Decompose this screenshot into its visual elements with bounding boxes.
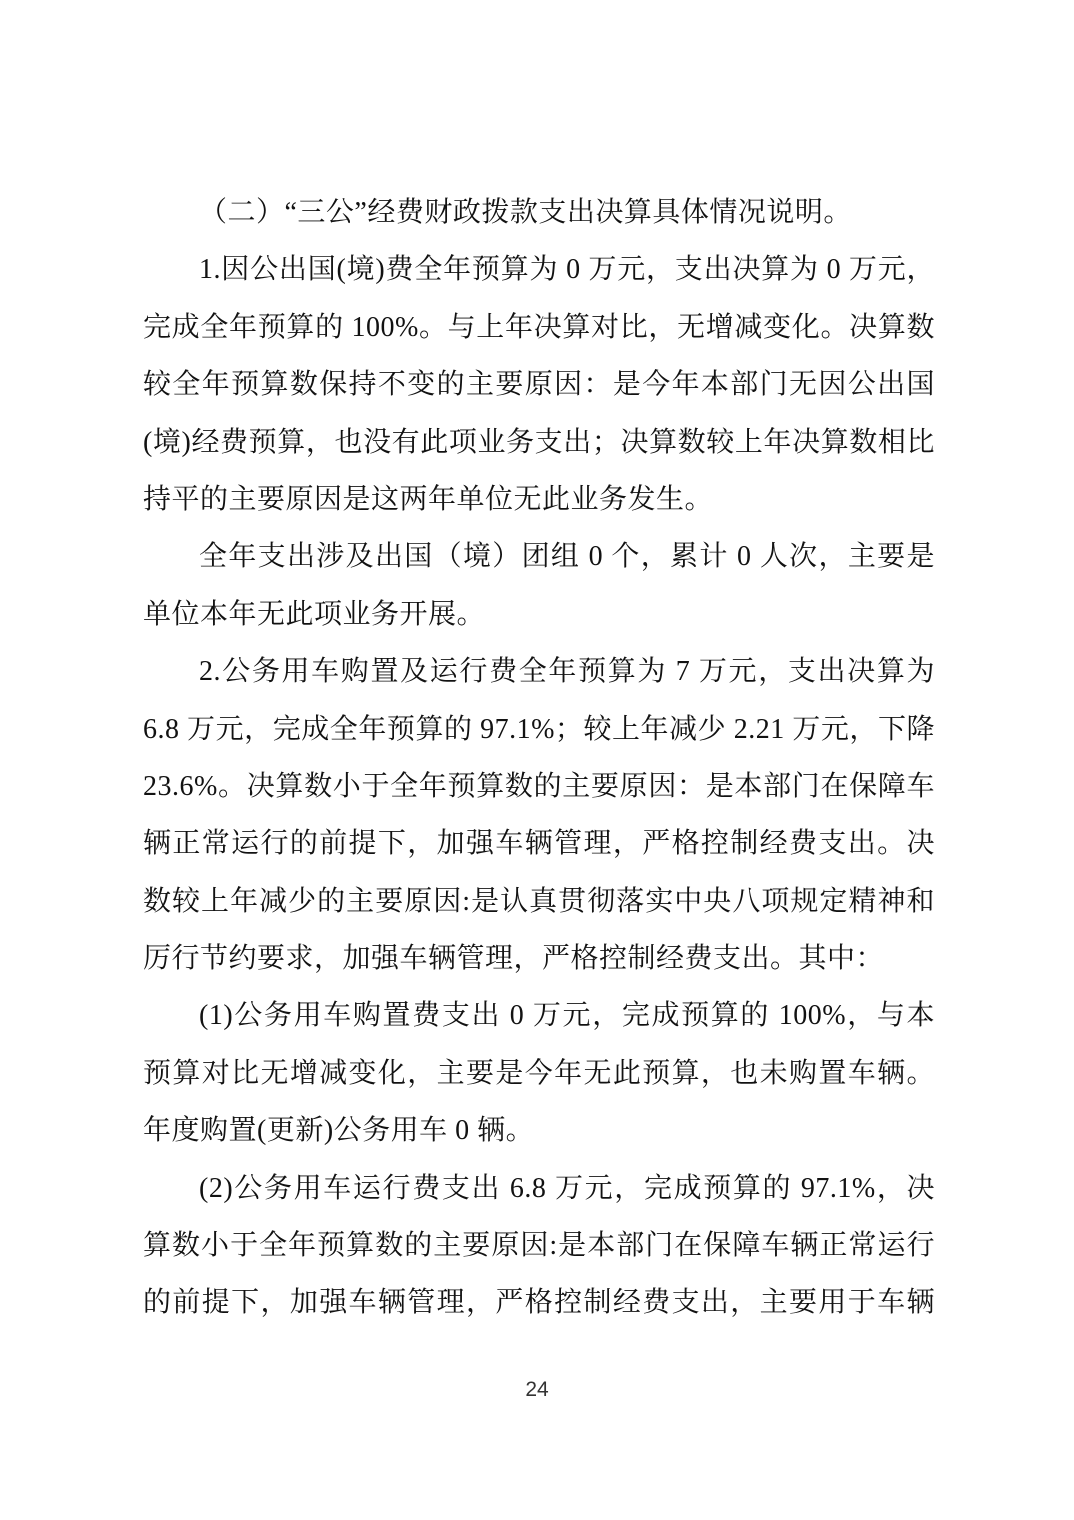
text-line: 完成全年预算的 100%。与上年决算对比，无增减变化。决算数	[143, 299, 935, 356]
page-number: 24	[0, 1378, 1074, 1402]
text-line: 算数小于全年预算数的主要原因:是本部门在保障车辆正常运行	[143, 1217, 935, 1274]
paragraph: 全年支出涉及出国（境）团组 0 个，累计 0 人次，主要是本单位本年无此项业务开…	[143, 528, 935, 643]
text-line: 数较上年减少的主要原因:是认真贯彻落实中央八项规定精神和	[143, 873, 935, 930]
paragraph: (2)公务用车运行费支出 6.8 万元，完成预算的 97.1%，决算数小于全年预…	[143, 1160, 935, 1332]
text-line: 2.公务用车购置及运行费全年预算为 7 万元，支出决算为	[143, 643, 935, 700]
paragraph: 2.公务用车购置及运行费全年预算为 7 万元，支出决算为6.8 万元，完成全年预…	[143, 643, 935, 987]
text-line: 6.8 万元，完成全年预算的 97.1%；较上年减少 2.21 万元，下降	[143, 701, 935, 758]
text-line: 全年支出涉及出国（境）团组 0 个，累计 0 人次，主要是本	[143, 528, 935, 585]
text-line: 辆正常运行的前提下，加强车辆管理，严格控制经费支出。决算	[143, 815, 935, 872]
text-line: 预算对比无增减变化，主要是今年无此预算，也未购置车辆。本	[143, 1045, 935, 1102]
text-line: 1.因公出国(境)费全年预算为 0 万元，支出决算为 0 万元，	[143, 241, 935, 298]
section-heading: （二）“三公”经费财政拨款支出决算具体情况说明。	[143, 184, 935, 241]
text-line: 较全年预算数保持不变的主要原因：是今年本部门无因公出国	[143, 356, 935, 413]
text-line: 厉行节约要求，加强车辆管理，严格控制经费支出。其中：	[143, 930, 935, 987]
text-line: (2)公务用车运行费支出 6.8 万元，完成预算的 97.1%，决	[143, 1160, 935, 1217]
paragraph: (1)公务用车购置费支出 0 万元，完成预算的 100%，与本年预算对比无增减变…	[143, 987, 935, 1159]
paragraph: 1.因公出国(境)费全年预算为 0 万元，支出决算为 0 万元，完成全年预算的 …	[143, 241, 935, 528]
text-line: 单位本年无此项业务开展。	[143, 586, 935, 643]
text-line: (境)经费预算，也没有此项业务支出；决算数较上年决算数相比	[143, 414, 935, 471]
text-line: (1)公务用车购置费支出 0 万元，完成预算的 100%，与本年	[143, 987, 935, 1044]
text-line: 年度购置(更新)公务用车 0 辆。	[143, 1102, 935, 1159]
document-body: （二）“三公”经费财政拨款支出决算具体情况说明。1.因公出国(境)费全年预算为 …	[143, 184, 935, 1332]
text-line: 23.6%。决算数小于全年预算数的主要原因：是本部门在保障车	[143, 758, 935, 815]
document-page: （二）“三公”经费财政拨款支出决算具体情况说明。1.因公出国(境)费全年预算为 …	[0, 0, 1074, 1520]
text-line: 持平的主要原因是这两年单位无此业务发生。	[143, 471, 935, 528]
text-line: 的前提下，加强车辆管理，严格控制经费支出，主要用于车辆维	[143, 1274, 935, 1331]
text-line: （二）“三公”经费财政拨款支出决算具体情况说明。	[143, 184, 935, 241]
